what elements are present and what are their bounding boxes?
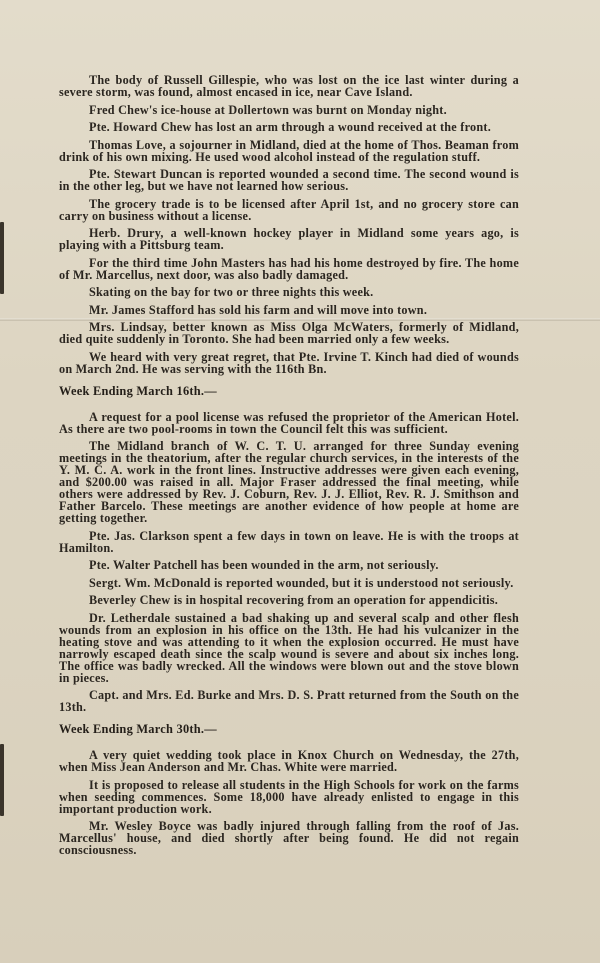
news-item: The body of Russell Gillespie, who was l… [59,74,519,98]
news-item: Pte. Walter Patchell has been wounded in… [59,559,519,571]
news-item: Pte. Stewart Duncan is reported wounded … [59,168,519,192]
section-news-items: The body of Russell Gillespie, who was l… [59,74,519,375]
news-item: It is proposed to release all students i… [59,779,519,815]
news-item: Thomas Love, a sojourner in Midland, die… [59,139,519,163]
news-item: Mr. James Stafford has sold his farm and… [59,304,519,316]
news-item: Skating on the bay for two or three nigh… [59,286,519,298]
news-item: Dr. Letherdale sustained a bad shaking u… [59,612,519,684]
news-item: A very quiet wedding took place in Knox … [59,749,519,773]
section-heading: Week Ending March 30th.— [59,723,519,735]
news-item: Pte. Jas. Clarkson spent a few days in t… [59,530,519,554]
news-column: The body of Russell Gillespie, who was l… [59,74,519,862]
news-item: The grocery trade is to be licensed afte… [59,198,519,222]
news-item: We heard with very great regret, that Pt… [59,351,519,375]
news-item: Sergt. Wm. McDonald is reported wounded,… [59,577,519,589]
news-item: Beverley Chew is in hospital recovering … [59,594,519,606]
news-item: The Midland branch of W. C. T. U. arrang… [59,440,519,524]
news-item: Fred Chew's ice-house at Dollertown was … [59,104,519,116]
news-item: Mrs. Lindsay, better known as Miss Olga … [59,321,519,345]
news-item: Capt. and Mrs. Ed. Burke and Mrs. D. S. … [59,689,519,713]
section-heading: Week Ending March 16th.— [59,385,519,397]
document-page: The body of Russell Gillespie, who was l… [0,0,600,963]
binding-staple-top [0,222,4,294]
news-item: Pte. Howard Chew has lost an arm through… [59,121,519,133]
news-item: For the third time John Masters has had … [59,257,519,281]
section-week-ending-march-30: Week Ending March 30th.— A very quiet we… [59,723,519,856]
binding-staple-bottom [0,744,4,816]
news-item: A request for a pool license was refused… [59,411,519,435]
section-week-ending-march-16: Week Ending March 16th.— A request for a… [59,385,519,714]
news-item: Herb. Drury, a well-known hockey player … [59,227,519,251]
news-item: Mr. Wesley Boyce was badly injured throu… [59,820,519,856]
